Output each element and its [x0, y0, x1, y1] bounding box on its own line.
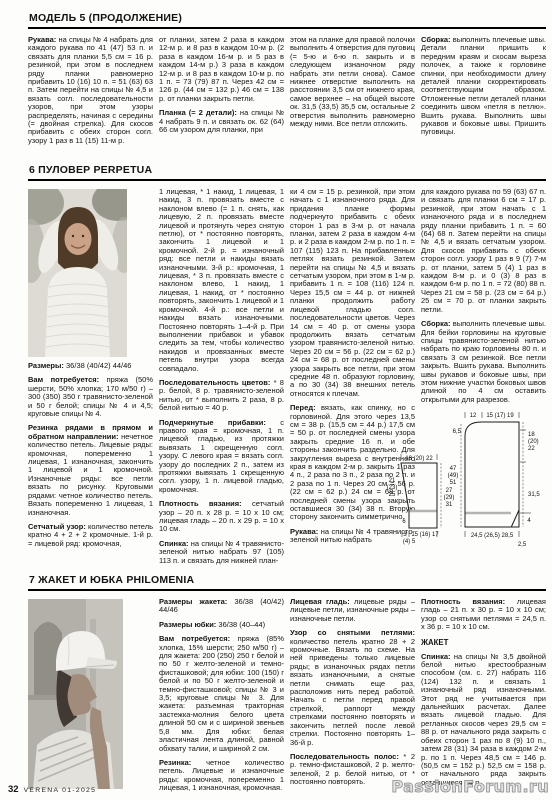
section-model6-title: 6 ПУЛОВЕР PERPETUA: [28, 164, 546, 181]
magazine-page: { "footer": {"page_no": "32", "brand": "…: [0, 0, 552, 800]
para-back-cont: ки 4 см = 15 р. резинкой, при этом начат…: [290, 188, 415, 398]
model7-column-2: Размеры жакета: 36/38 (40/42) 44/46 Разм…: [159, 598, 284, 794]
para-rib7: Резинка: четное количество петель. Лицев…: [159, 759, 284, 793]
body-bottom-label: 24,5 (26,5) 28,5: [471, 533, 514, 539]
body-slit-label: 4: [527, 518, 531, 524]
para-mesh-pattern: Сетчатый узор: количество петель кратно …: [28, 523, 153, 548]
body-top-label-b: 15 (17) 19: [486, 413, 514, 419]
model5-columns: Рукава: на спицы № 4 набрать для каждого…: [28, 36, 546, 145]
sleeve-top-label: 18 (20) 22: [405, 456, 433, 462]
para-gauge7: Плотность вязания: лицевая гладь – 21 п.…: [421, 598, 546, 632]
para-sleeves6-cont: для каждого рукава по 59 (63) 67 п. и св…: [421, 188, 546, 314]
jacket-photo-image: [28, 599, 123, 789]
section-model7: 7 ЖАКЕТ И ЮБКА PHILOMENIA: [28, 574, 546, 800]
para-slip-stitch: Узор со снятыми петлями: количество пете…: [290, 629, 415, 747]
pullover-photo-image: [28, 189, 127, 357]
para-increases: Подчеркнутые прибавки: с правого края = …: [159, 419, 284, 495]
body-right-label-1: 18: [528, 432, 535, 438]
sleeve-left-label-3: 25: [389, 492, 396, 498]
body-right-label-3: 22: [528, 446, 535, 452]
sleeve-bottom-label-c: (4) 5: [403, 539, 416, 545]
sleeve-left-label-2: (23): [387, 485, 398, 491]
schematic-drawing: 18 (20) 22 21 (23) 25 6 27 (29) 31 3 15 …: [383, 404, 550, 568]
pullover-photo: [28, 189, 153, 357]
para-sleeves: Рукава: на спицы № 4 набрать для каждого…: [28, 36, 153, 145]
sleeve-cuff-label: 6: [402, 519, 406, 525]
para-rib: Резинка рядами в прямом и обратном напра…: [28, 424, 153, 516]
model5-column-3: этом на планке для правой полочки выполн…: [290, 36, 415, 145]
model5-column-2: от планки, затем 2 раза в каждом 12-м р.…: [159, 36, 284, 145]
rib-band-lines: [410, 511, 512, 513]
watermark: PassionForum.ru: [391, 777, 549, 796]
body-right-label-2: (20): [528, 439, 539, 445]
para-band: Планка (= 2 детали): на спицы № 4 набрат…: [159, 109, 284, 134]
section-model5: МОДЕЛЬ 5 (ПРОДОЛЖЕНИЕ) Рукава: на спицы …: [28, 12, 546, 145]
model7-column-3: Лицевая гладь: лицевые ряды – лицевые пе…: [290, 598, 415, 794]
para-sleeves-cont: от планки, затем 2 раза в каждом 12-м р.…: [159, 36, 284, 103]
para-assembly6: Сборка: выполнить плечевые швы. Для бейк…: [421, 320, 546, 404]
para-sizes: Размеры: 36/38 (40/42) 44/46: [28, 362, 153, 370]
para-back7: Спинка: на спицы № 3,5 двойной белой нит…: [421, 653, 546, 788]
section-model7-title: 7 ЖАКЕТ И ЮБКА PHILOMENIA: [28, 574, 546, 591]
para-stockinette: Лицевая гладь: лицевые ряды – лицевые пе…: [290, 598, 415, 623]
page-number: 32: [8, 784, 19, 795]
para-assembly: Сборка: выполнить плечевые швы. Детали п…: [421, 36, 546, 137]
sleeve-bottom-label-a: 3: [403, 532, 407, 538]
jacket-subheading: ЖАКЕТ: [421, 638, 546, 647]
magazine-issue-label: VERENA 01-2025: [24, 787, 97, 794]
model7-column-4: Плотность вязания: лицевая гладь – 21 п.…: [421, 598, 546, 794]
body-left-label-1: 47: [450, 466, 457, 472]
para-mesh-cont: 1 лицевая, * 1 накид, 1 лицевая, 1 накид…: [159, 188, 284, 373]
jacket-photo: [28, 599, 153, 789]
model6-column-1: Размеры: 36/38 (40/42) 44/46 Вам потребу…: [28, 188, 153, 565]
para-jacket-sizes: Размеры жакета: 36/38 (40/42) 44/46: [159, 598, 284, 615]
body-side-length-label: 31,5: [528, 492, 540, 498]
body-corner-label: 2,5: [518, 542, 527, 548]
para-color-sequence: Последовательность цветов: * 8 р. белой,…: [159, 379, 284, 413]
model7-column-1: [28, 598, 153, 794]
body-top-label-a: 12: [470, 413, 477, 419]
model5-column-4: Сборка: выполнить плечевые швы. Детали п…: [421, 36, 546, 145]
para-band-cont: этом на планке для правой полочки выполн…: [290, 36, 415, 128]
sleeve-right-label-3: 31: [446, 502, 453, 508]
para-gauge: Плотность вязания: сетчатый узор – 20 п.…: [159, 500, 284, 534]
sleeve-right-label-2: (29): [444, 495, 455, 501]
sleeve-left-label-1: 21: [389, 478, 396, 484]
model5-column-1: Рукава: на спицы № 4 набрать для каждого…: [28, 36, 153, 145]
model7-columns: Размеры жакета: 36/38 (40/42) 44/46 Разм…: [28, 598, 546, 794]
para-skirt-sizes: Размеры юбки: 36/38 (40–44): [159, 621, 284, 629]
body-neck-label: 6,5: [453, 429, 462, 435]
sleeve-right-label-1: 27: [446, 488, 453, 494]
para-materials7: Вам потребуется: пряжа (85% хлопка, 15% …: [159, 635, 284, 753]
body-left-label-3: 51: [450, 480, 457, 486]
knitting-schematic: 18 (20) 22 21 (23) 25 6 27 (29) 31 3 15 …: [383, 404, 550, 568]
page-footer: 32 VERENA 01-2025: [8, 784, 96, 795]
sleeve-bottom-label-b: 15 (16) 17: [411, 532, 439, 538]
para-materials: Вам потребуется: пряжа (50% шерсти, 50% …: [28, 376, 153, 418]
section-model5-title: МОДЕЛЬ 5 (ПРОДОЛЖЕНИЕ): [28, 12, 546, 29]
model6-column-2: 1 лицевая, * 1 накид, 1 лицевая, 1 накид…: [159, 188, 284, 565]
para-back: Спинка: на спицы № 4 травянисто-зеленой …: [159, 540, 284, 565]
body-left-label-2: (49): [448, 473, 459, 479]
